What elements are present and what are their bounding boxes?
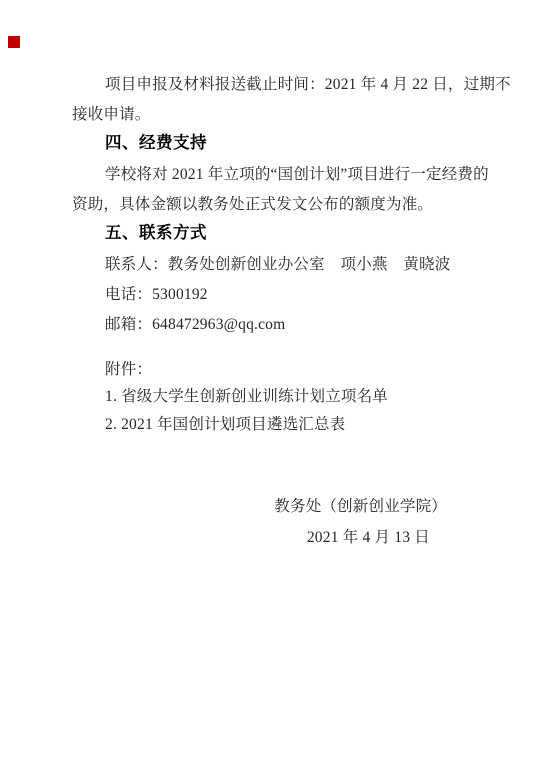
attachments-label: 附件： bbox=[105, 360, 152, 379]
email-line: 邮箱：648472963@qq.com bbox=[105, 315, 285, 334]
document-page: 项目申报及材料报送截止时间：2021 年 4 月 22 日，过期不 接收申请。 … bbox=[0, 0, 543, 768]
phone-line: 电话：5300192 bbox=[105, 285, 208, 304]
signature-date: 2021 年 4 月 13 日 bbox=[307, 528, 430, 547]
section-heading-funding: 四、经费支持 bbox=[105, 134, 207, 153]
deadline-line-1: 项目申报及材料报送截止时间：2021 年 4 月 22 日，过期不 bbox=[105, 75, 511, 94]
signature-department: 教务处（创新创业学院） bbox=[274, 497, 447, 516]
funding-line-1: 学校将对 2021 年立项的“国创计划”项目进行一定经费的 bbox=[105, 165, 489, 184]
section-heading-contact: 五、联系方式 bbox=[105, 224, 207, 243]
funding-line-2: 资助，具体金额以教务处正式发文公布的额度为准。 bbox=[72, 195, 433, 214]
contact-person-line: 联系人：教务处创新创业办公室 项小燕 黄晓波 bbox=[105, 255, 450, 274]
deadline-line-2: 接收申请。 bbox=[72, 105, 151, 124]
attachment-item-2: 2. 2021 年国创计划项目遴选汇总表 bbox=[105, 415, 345, 434]
attachment-item-1: 1. 省级大学生创新创业训练计划立项名单 bbox=[105, 387, 388, 406]
red-square-marker bbox=[8, 36, 20, 48]
